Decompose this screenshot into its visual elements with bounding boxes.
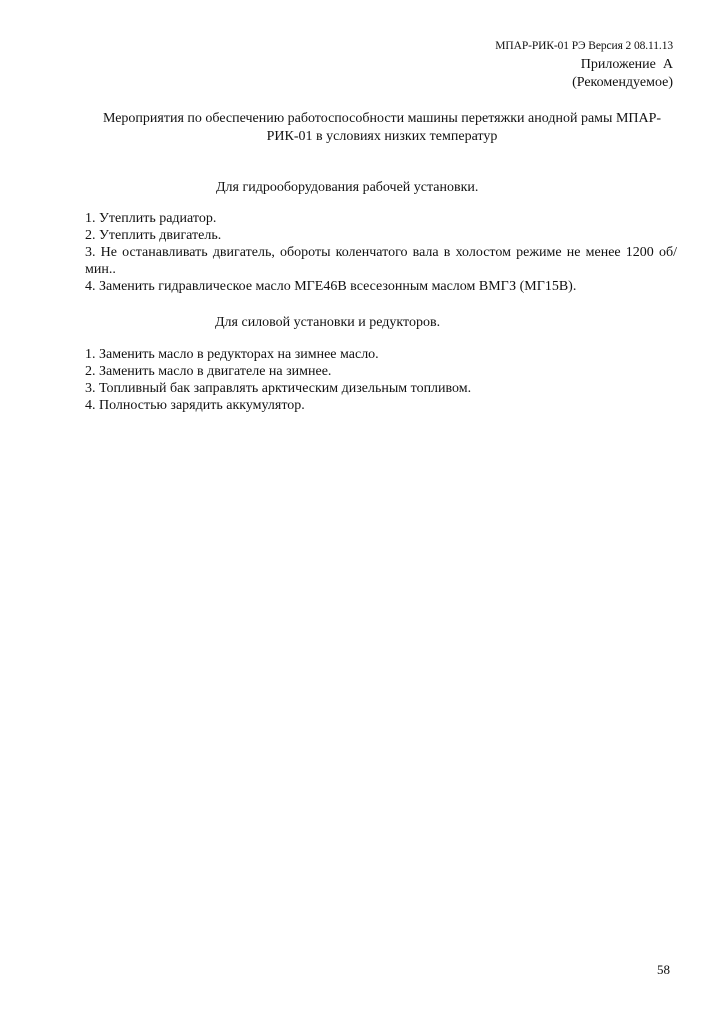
list-item: 4. Заменить гидравлическое масло МГЕ46В … (85, 278, 677, 295)
document-title: Мероприятия по обеспечению работоспособн… (82, 110, 682, 146)
section-heading-power-unit: Для силовой установки и редукторов. (215, 314, 440, 332)
appendix-label: Приложение А (495, 56, 673, 74)
list-item: 4. Полностью зарядить аккумулятор. (85, 397, 677, 414)
list-item: 2. Утеплить двигатель. (85, 227, 677, 244)
section-heading-hydraulics: Для гидрооборудования рабочей установки. (216, 179, 478, 197)
power-unit-measures-list: 1. Заменить масло в редукторах на зимнее… (85, 346, 677, 414)
hydraulics-measures-list: 1. Утеплить радиатор. 2. Утеплить двигат… (85, 210, 677, 295)
page-number: 58 (657, 962, 670, 978)
list-item: 3. Не останавливать двигатель, обороты к… (85, 244, 677, 278)
document-page: МПАР-РИК-01 РЭ Версия 2 08.11.13 Приложе… (0, 0, 725, 1024)
list-item: 1. Утеплить радиатор. (85, 210, 677, 227)
document-reference: МПАР-РИК-01 РЭ Версия 2 08.11.13 (495, 38, 673, 54)
appendix-type: (Рекомендуемое) (495, 74, 673, 92)
list-item: 3. Топливный бак заправлять арктическим … (85, 380, 677, 397)
list-item: 1. Заменить масло в редукторах на зимнее… (85, 346, 677, 363)
list-item: 2. Заменить масло в двигателе на зимнее. (85, 363, 677, 380)
document-header: МПАР-РИК-01 РЭ Версия 2 08.11.13 Приложе… (495, 38, 673, 92)
